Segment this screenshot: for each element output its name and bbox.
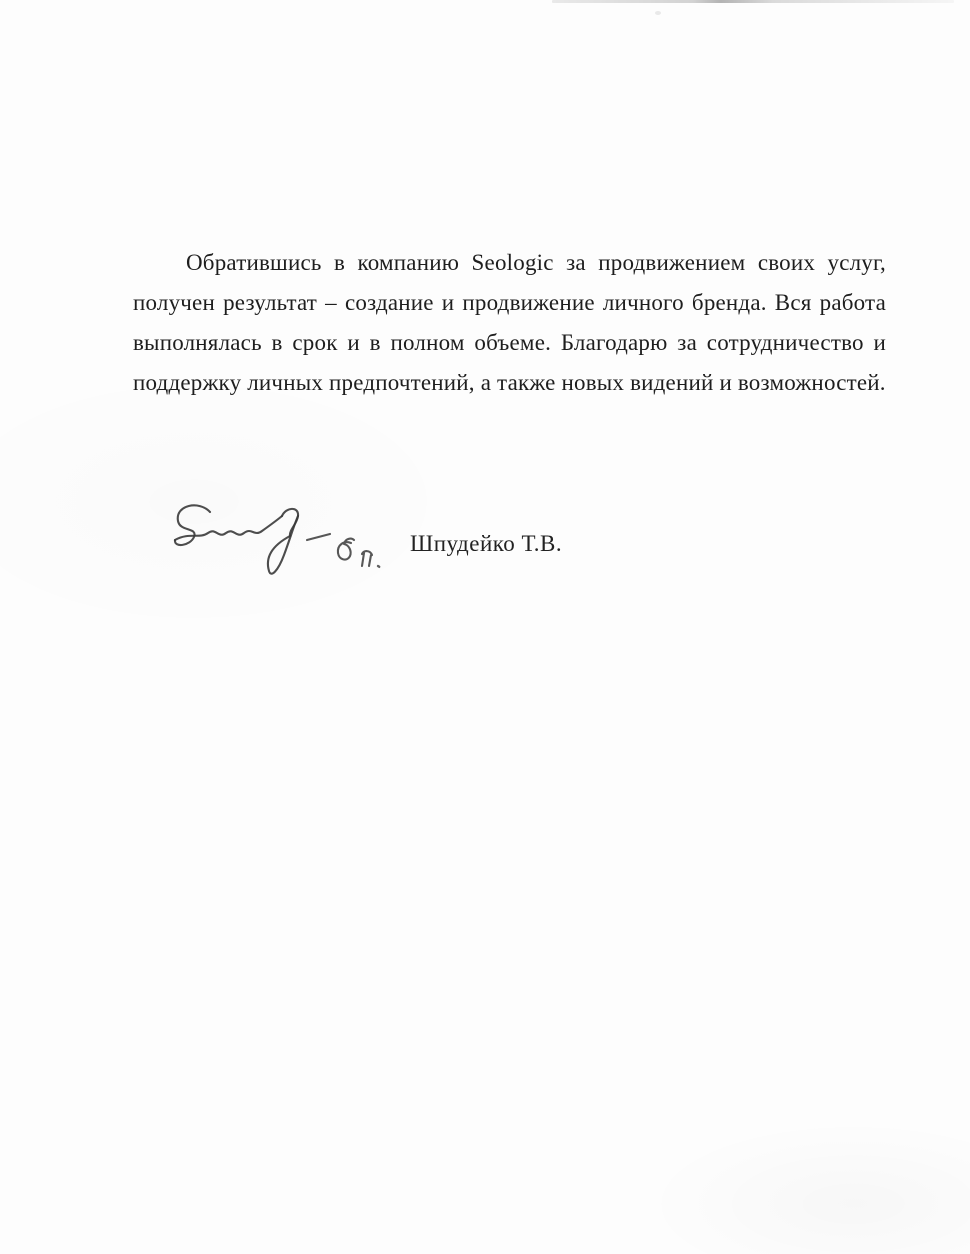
- signature-block: Шпудейко Т.В.: [155, 495, 655, 605]
- scan-artifact-speck: [655, 11, 661, 15]
- signatory-name: Шпудейко Т.В.: [410, 531, 562, 557]
- scan-artifact-top-line: [552, 0, 954, 3]
- scanned-page: Обратившись в компанию Seologic за продв…: [0, 0, 970, 1254]
- handwritten-signature-icon: [155, 495, 385, 595]
- paragraph-line: выполнялась в срок и в полном объеме. Бл…: [133, 323, 886, 363]
- paragraph-line: получен результат – создание и продвижен…: [133, 283, 886, 323]
- paragraph-line: поддержку личных предпочтений, а также н…: [133, 363, 886, 403]
- testimonial-paragraph: Обратившись в компанию Seologic за продв…: [133, 243, 886, 403]
- paragraph-line: Обратившись в компанию Seologic за продв…: [133, 243, 886, 283]
